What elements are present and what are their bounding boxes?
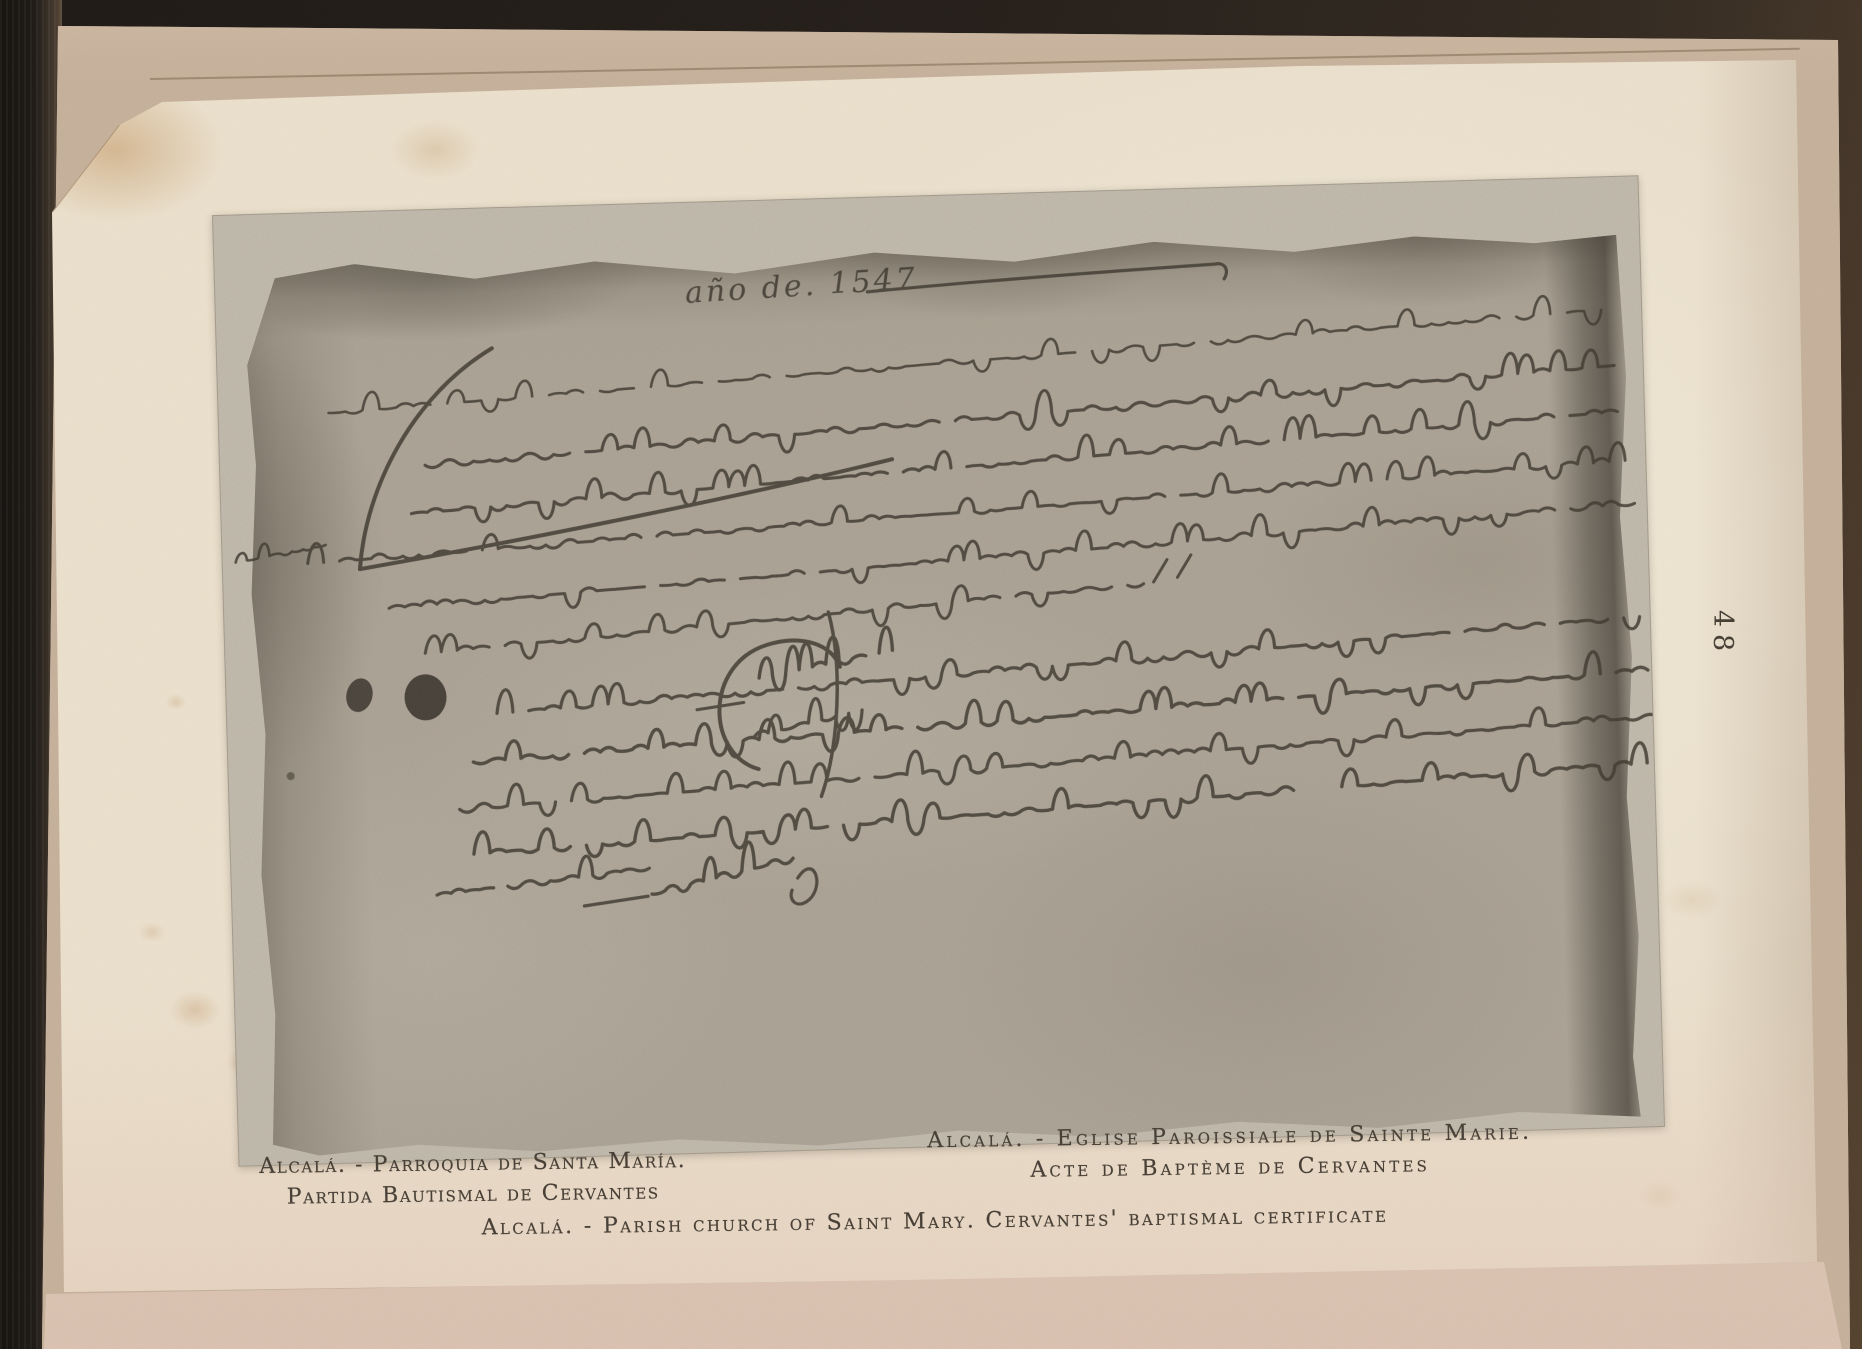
caption-spanish-line2: Partida Bautismal de Cervantes bbox=[238, 1176, 708, 1214]
page-number: 48 bbox=[1698, 602, 1738, 666]
book-photograph: año de. 1547 Alcalá. - Parroquia de Sant… bbox=[0, 0, 1862, 1349]
caption-french: Alcalá. - Eglise Paroissiale de Sainte M… bbox=[846, 1116, 1615, 1189]
caption-spanish: Alcalá. - Parroquia de Santa María. Part… bbox=[238, 1145, 709, 1214]
plate-photo: año de. 1547 bbox=[212, 175, 1665, 1166]
manuscript-image bbox=[213, 176, 1664, 1165]
